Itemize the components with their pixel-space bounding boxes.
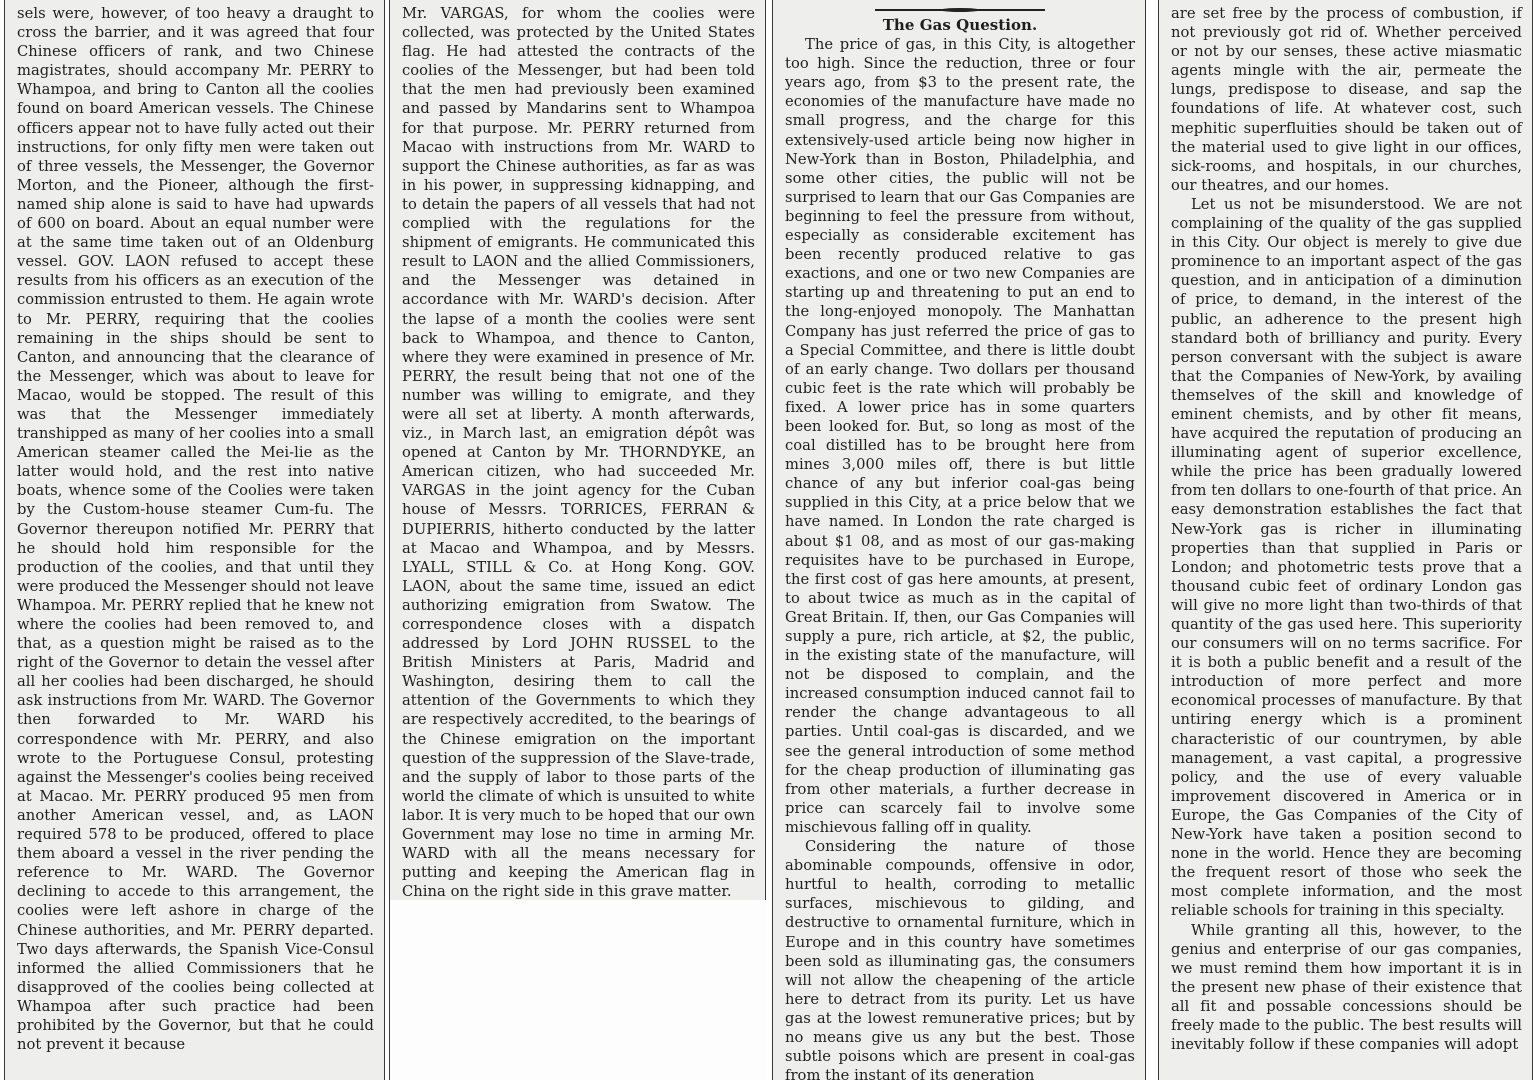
column-3: The Gas Question. The price of gas, in t…	[772, 0, 1146, 1080]
paragraph: The price of gas, in this City, is altog…	[785, 35, 1135, 837]
article-headline: The Gas Question.	[785, 16, 1135, 35]
column-3-text: The Gas Question. The price of gas, in t…	[785, 4, 1135, 1080]
paragraph: While granting all this, however, to the…	[1171, 921, 1522, 1055]
column-2-text: Mr. VARGAS, for whom the coolies were co…	[402, 4, 755, 913]
column-1: sels were, however, of too heavy a draug…	[4, 0, 385, 1080]
column-4-text: are set free by the process of combustio…	[1171, 4, 1522, 1054]
column-1-text: sels were, however, of too heavy a draug…	[17, 4, 374, 1054]
paragraph: Mr. VARGAS, for whom the coolies were co…	[402, 4, 755, 901]
column-2: Mr. VARGAS, for whom the coolies were co…	[389, 0, 766, 900]
column-4: are set free by the process of combustio…	[1158, 0, 1533, 1080]
paragraph: Considering the nature of those abominab…	[785, 837, 1135, 1080]
paragraph: are set free by the process of combustio…	[1171, 4, 1522, 195]
blank-clipping-area	[389, 900, 766, 1080]
paragraph: sels were, however, of too heavy a draug…	[17, 4, 374, 1054]
section-divider-rule	[875, 8, 1045, 12]
paragraph: Let us not be misunderstood. We are not …	[1171, 195, 1522, 921]
